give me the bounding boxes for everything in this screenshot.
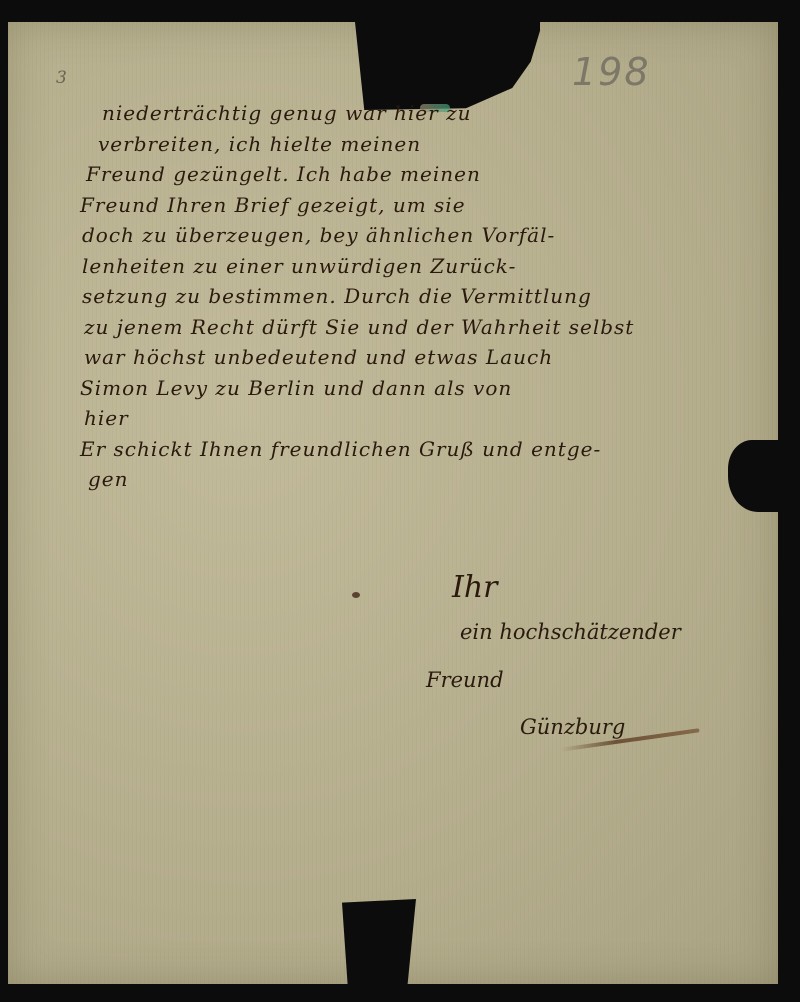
ink-blot [352,592,360,598]
folio-number: 198 [572,50,651,94]
closing-role: Freund [426,668,504,692]
body-line: Simon Levy zu Berlin und dann als von [80,373,760,404]
body-line: gen [80,464,760,495]
body-line: verbreiten, ich hielte meinen [80,129,760,160]
body-line: Freund gezüngelt. Ich habe meinen [80,159,760,190]
folio-left-mark: 3 [56,68,67,88]
body-line: setzung zu bestimmen. Durch die Vermittl… [80,281,760,312]
body-line: Er schickt Ihnen freundlichen Gruß und e… [80,434,760,465]
body-line: doch zu überzeugen, bey ähnlichen Vorfäl… [80,220,760,251]
body-line: Freund Ihren Brief gezeigt, um sie [80,190,760,221]
closing-phrase: ein hochschätzender [460,620,681,644]
body-line: war höchst unbedeutend und etwas Lauch [80,342,760,373]
body-line: lenheiten zu einer unwürdigen Zurück- [80,251,760,282]
body-line: hier [80,403,760,434]
closing-salutation: Ihr [452,570,498,605]
page-tear-bottom [342,899,416,989]
body-line: zu jenem Recht dürft Sie und der Wahrhei… [80,312,760,343]
signature: Günzburg [520,715,625,739]
body-line: niederträchtig genug war hier zu [80,98,760,129]
letter-body: niederträchtig genug war hier zu verbrei… [80,98,760,495]
